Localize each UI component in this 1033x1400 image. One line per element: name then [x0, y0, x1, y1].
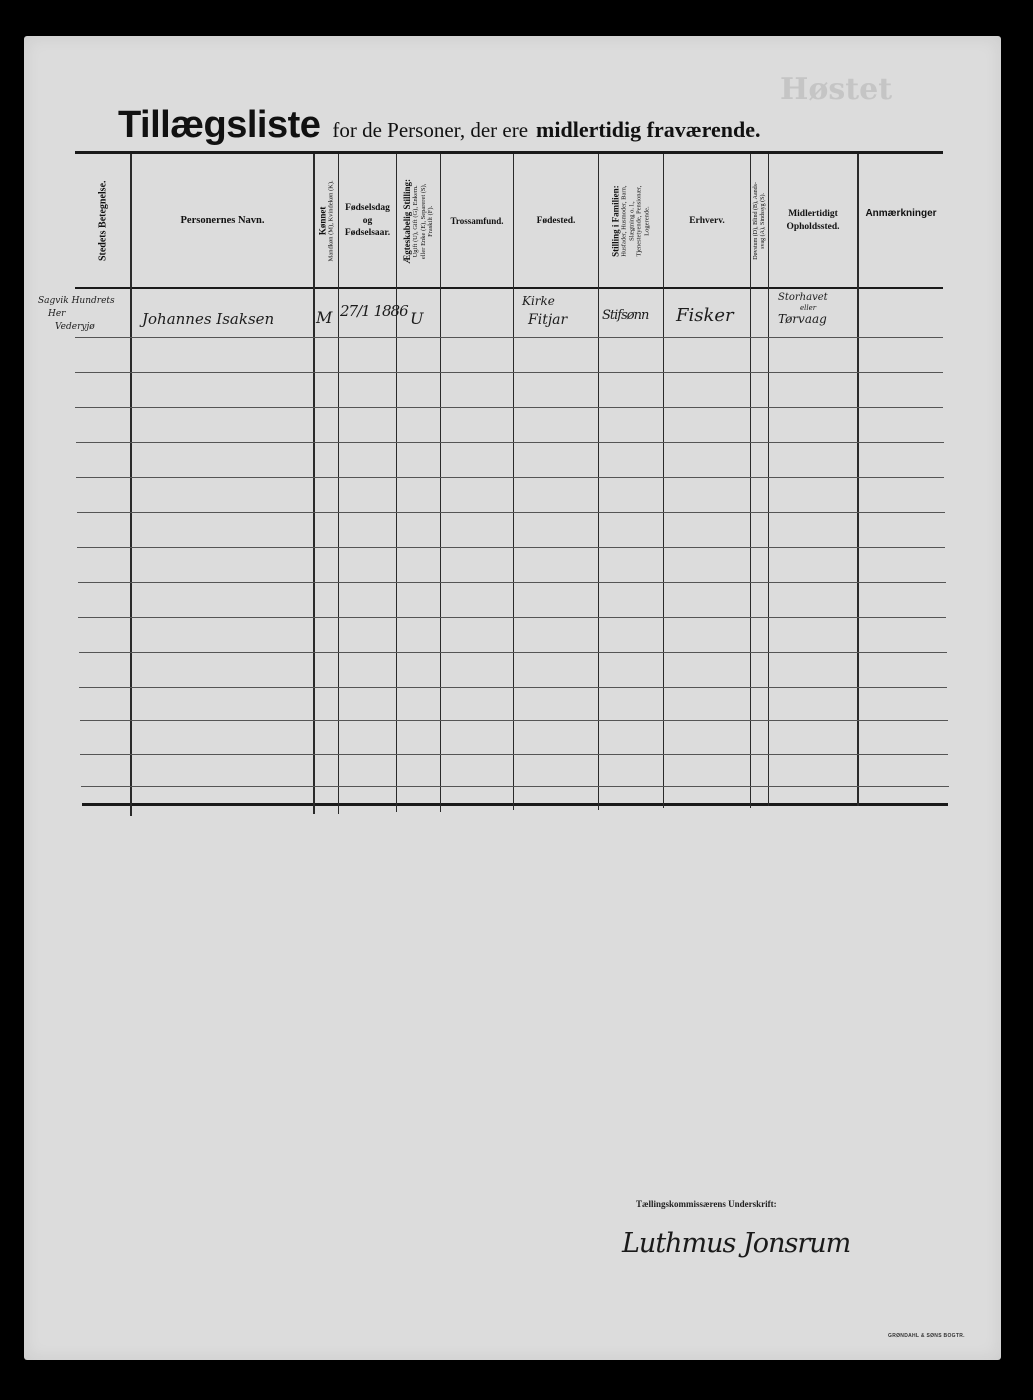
- header-fodested: Fødested.: [514, 156, 598, 286]
- cell-navn: Johannes Isaksen: [142, 310, 274, 328]
- row-line: [81, 786, 949, 787]
- cell-stilling-familien: Stifsønn: [602, 308, 648, 323]
- cell-fodested-line1: Kirke: [522, 294, 555, 308]
- cell-opholdssted-line1: Storhavet: [778, 292, 828, 303]
- row-line: [76, 442, 944, 443]
- row-line: [77, 512, 945, 513]
- commissioner-signature: Luthmus Jonsrum: [622, 1228, 850, 1259]
- header-stilling-i-familien: Stilling i Familien: Husfader, Husmoder,…: [599, 156, 663, 286]
- table-top-border: [75, 151, 943, 154]
- row-line: [78, 582, 946, 583]
- cell-stedets-betegnelse-line1: Sagvik Hundrets: [38, 296, 115, 306]
- cell-opholdssted-line2: eller: [800, 304, 816, 312]
- cell-stedets-betegnelse-line3: Vederyjø: [55, 322, 95, 332]
- row-line: [76, 477, 944, 478]
- row-line: [79, 652, 947, 653]
- cell-opholdssted-line3: Tørvaag: [778, 312, 827, 326]
- header-aegteskabelig-stilling: Ægteskabelig Stilling: Ugift (U), Gift (…: [397, 156, 440, 286]
- printer-mark: GRØNDAHL & SØNS BOGTR.: [888, 1333, 965, 1339]
- row-line: [75, 372, 943, 373]
- header-trossamfund: Trossamfund.: [441, 156, 513, 286]
- title-sub: for de Personer, der ere: [332, 118, 528, 142]
- cell-fodested-line2: Fitjar: [528, 312, 567, 328]
- cell-aegteskabelig: U: [410, 309, 423, 328]
- header-bottom-border: [75, 287, 943, 289]
- row-line: [75, 407, 943, 408]
- row-line: [80, 754, 948, 755]
- row-line: [80, 720, 948, 721]
- header-kjonnet: Kønnet Mandkøn (M), Kvindekøn (K).: [315, 156, 338, 286]
- cell-fodselsdag: 27/1 1886: [340, 302, 408, 320]
- header-fodselsdag: Fødselsdag og Fødselsaar.: [339, 156, 396, 286]
- header-anmaerkninger: Anmærkninger: [859, 156, 943, 272]
- row-line: [77, 547, 945, 548]
- row-line: [75, 337, 943, 338]
- header-dovstum-blind: Døvstum (D), Blind (B), Aands- svag (A),…: [751, 156, 768, 286]
- title-main: Tillægsliste: [118, 104, 320, 146]
- cell-erhverv: Fisker: [676, 305, 734, 326]
- header-erhverv: Erhverv.: [664, 156, 750, 286]
- form-title: Tillægsliste for de Personer, der ere mi…: [118, 104, 760, 147]
- header-personernes-navn: Personernes Navn.: [132, 156, 313, 286]
- signature-label: Tællingskommissærens Underskrift:: [636, 1199, 777, 1209]
- cell-kjonnet: M: [316, 308, 332, 327]
- header-stedets-betegnelse: Stedets Betegnelse.: [76, 156, 130, 286]
- cell-stedets-betegnelse-line2: Her: [48, 309, 65, 319]
- row-line: [78, 617, 946, 618]
- header-midlertidigt-opholdssted: Midlertidigt Opholdssted.: [769, 156, 857, 286]
- title-sub-bold: midlertidig fraværende.: [536, 117, 760, 142]
- row-line: [79, 687, 947, 688]
- table-bottom-border: [82, 803, 948, 806]
